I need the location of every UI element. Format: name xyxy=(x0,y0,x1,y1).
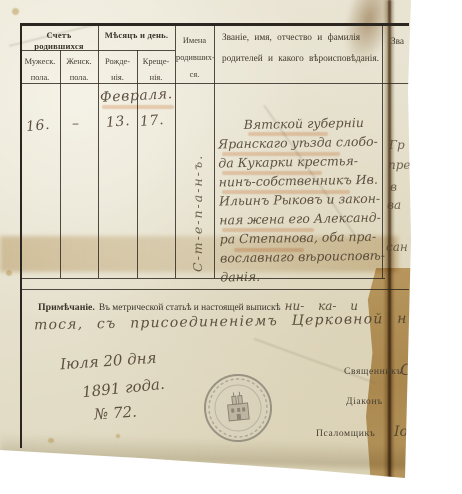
foxing-dot xyxy=(6,270,12,276)
col-line-male-female xyxy=(60,50,61,278)
signature-psalmist-hand: Іоа xyxy=(394,424,414,440)
entry-month: Февраля. xyxy=(100,86,174,106)
entry-male-count: 16. xyxy=(25,117,51,135)
header-baptism-day: Креще- нія. xyxy=(138,57,174,84)
margin-fragment: ва xyxy=(387,198,401,212)
header-parents: Званіе, имя, отчество и фамилія родителе… xyxy=(222,33,380,66)
margin-fragment: Гр xyxy=(389,138,405,152)
margin-fragment: сан xyxy=(386,240,408,254)
col-line-names-parents xyxy=(214,25,215,278)
header-female-sex: Женск. пола. xyxy=(61,57,97,84)
header-month-day: Мѣсяцъ и день. xyxy=(100,30,173,41)
margin-fragment: в xyxy=(390,180,397,194)
issue-date-line2: 1891 года. xyxy=(81,375,165,402)
signature-psalmist-label: Псаломщикъ xyxy=(316,428,375,440)
church-seal-icon xyxy=(198,368,277,447)
signature-priest-label: Священникъ xyxy=(344,366,402,378)
col-line-birth-baptism xyxy=(137,50,138,278)
entry-baptism-day: 17. xyxy=(139,112,164,130)
orange-smudge xyxy=(102,105,174,109)
table-bottom-line xyxy=(20,289,409,290)
margin-fragment: пре xyxy=(388,158,411,172)
scanned-document-page: Счетъ родившихся Мѣсяцъ и день. Мужеск. … xyxy=(0,0,462,494)
foxing-dot xyxy=(48,438,54,443)
header-male-sex: Мужеск. пола. xyxy=(21,57,59,84)
header-birth-day: Рожде- нія. xyxy=(99,57,136,84)
entry-birth-day: 13. xyxy=(105,113,130,131)
header-birth-count: Счетъ родившихся xyxy=(22,30,96,52)
signature-deacon-label: Діаконъ xyxy=(346,396,383,408)
header-godparents-clipped: Зва xyxy=(391,37,404,49)
foxing-dot xyxy=(12,8,19,15)
header-names: Имена родивших- ся. xyxy=(176,36,213,80)
entry-female-count: – xyxy=(72,116,80,132)
entry-parents-paragraph: Вятской губерніи Яранскаго уѣзда слобо- … xyxy=(218,113,389,287)
entry-child-name-vertical: С-т-е-п-а-н-ъ. xyxy=(190,154,205,272)
table-left-border xyxy=(20,23,22,448)
issue-number: № 72. xyxy=(93,403,137,424)
foxing-dot xyxy=(116,434,120,438)
issue-date-line1: Іюля 20 дня xyxy=(59,349,157,374)
note-label: Примѣчаніе. xyxy=(38,302,95,313)
paper-sheet: Счетъ родившихся Мѣсяцъ и день. Мужеск. … xyxy=(0,0,414,480)
note-printed-text: Въ метрической статьѣ и настоящей выписк… xyxy=(99,303,281,313)
signature-priest-hand: С xyxy=(400,360,412,379)
